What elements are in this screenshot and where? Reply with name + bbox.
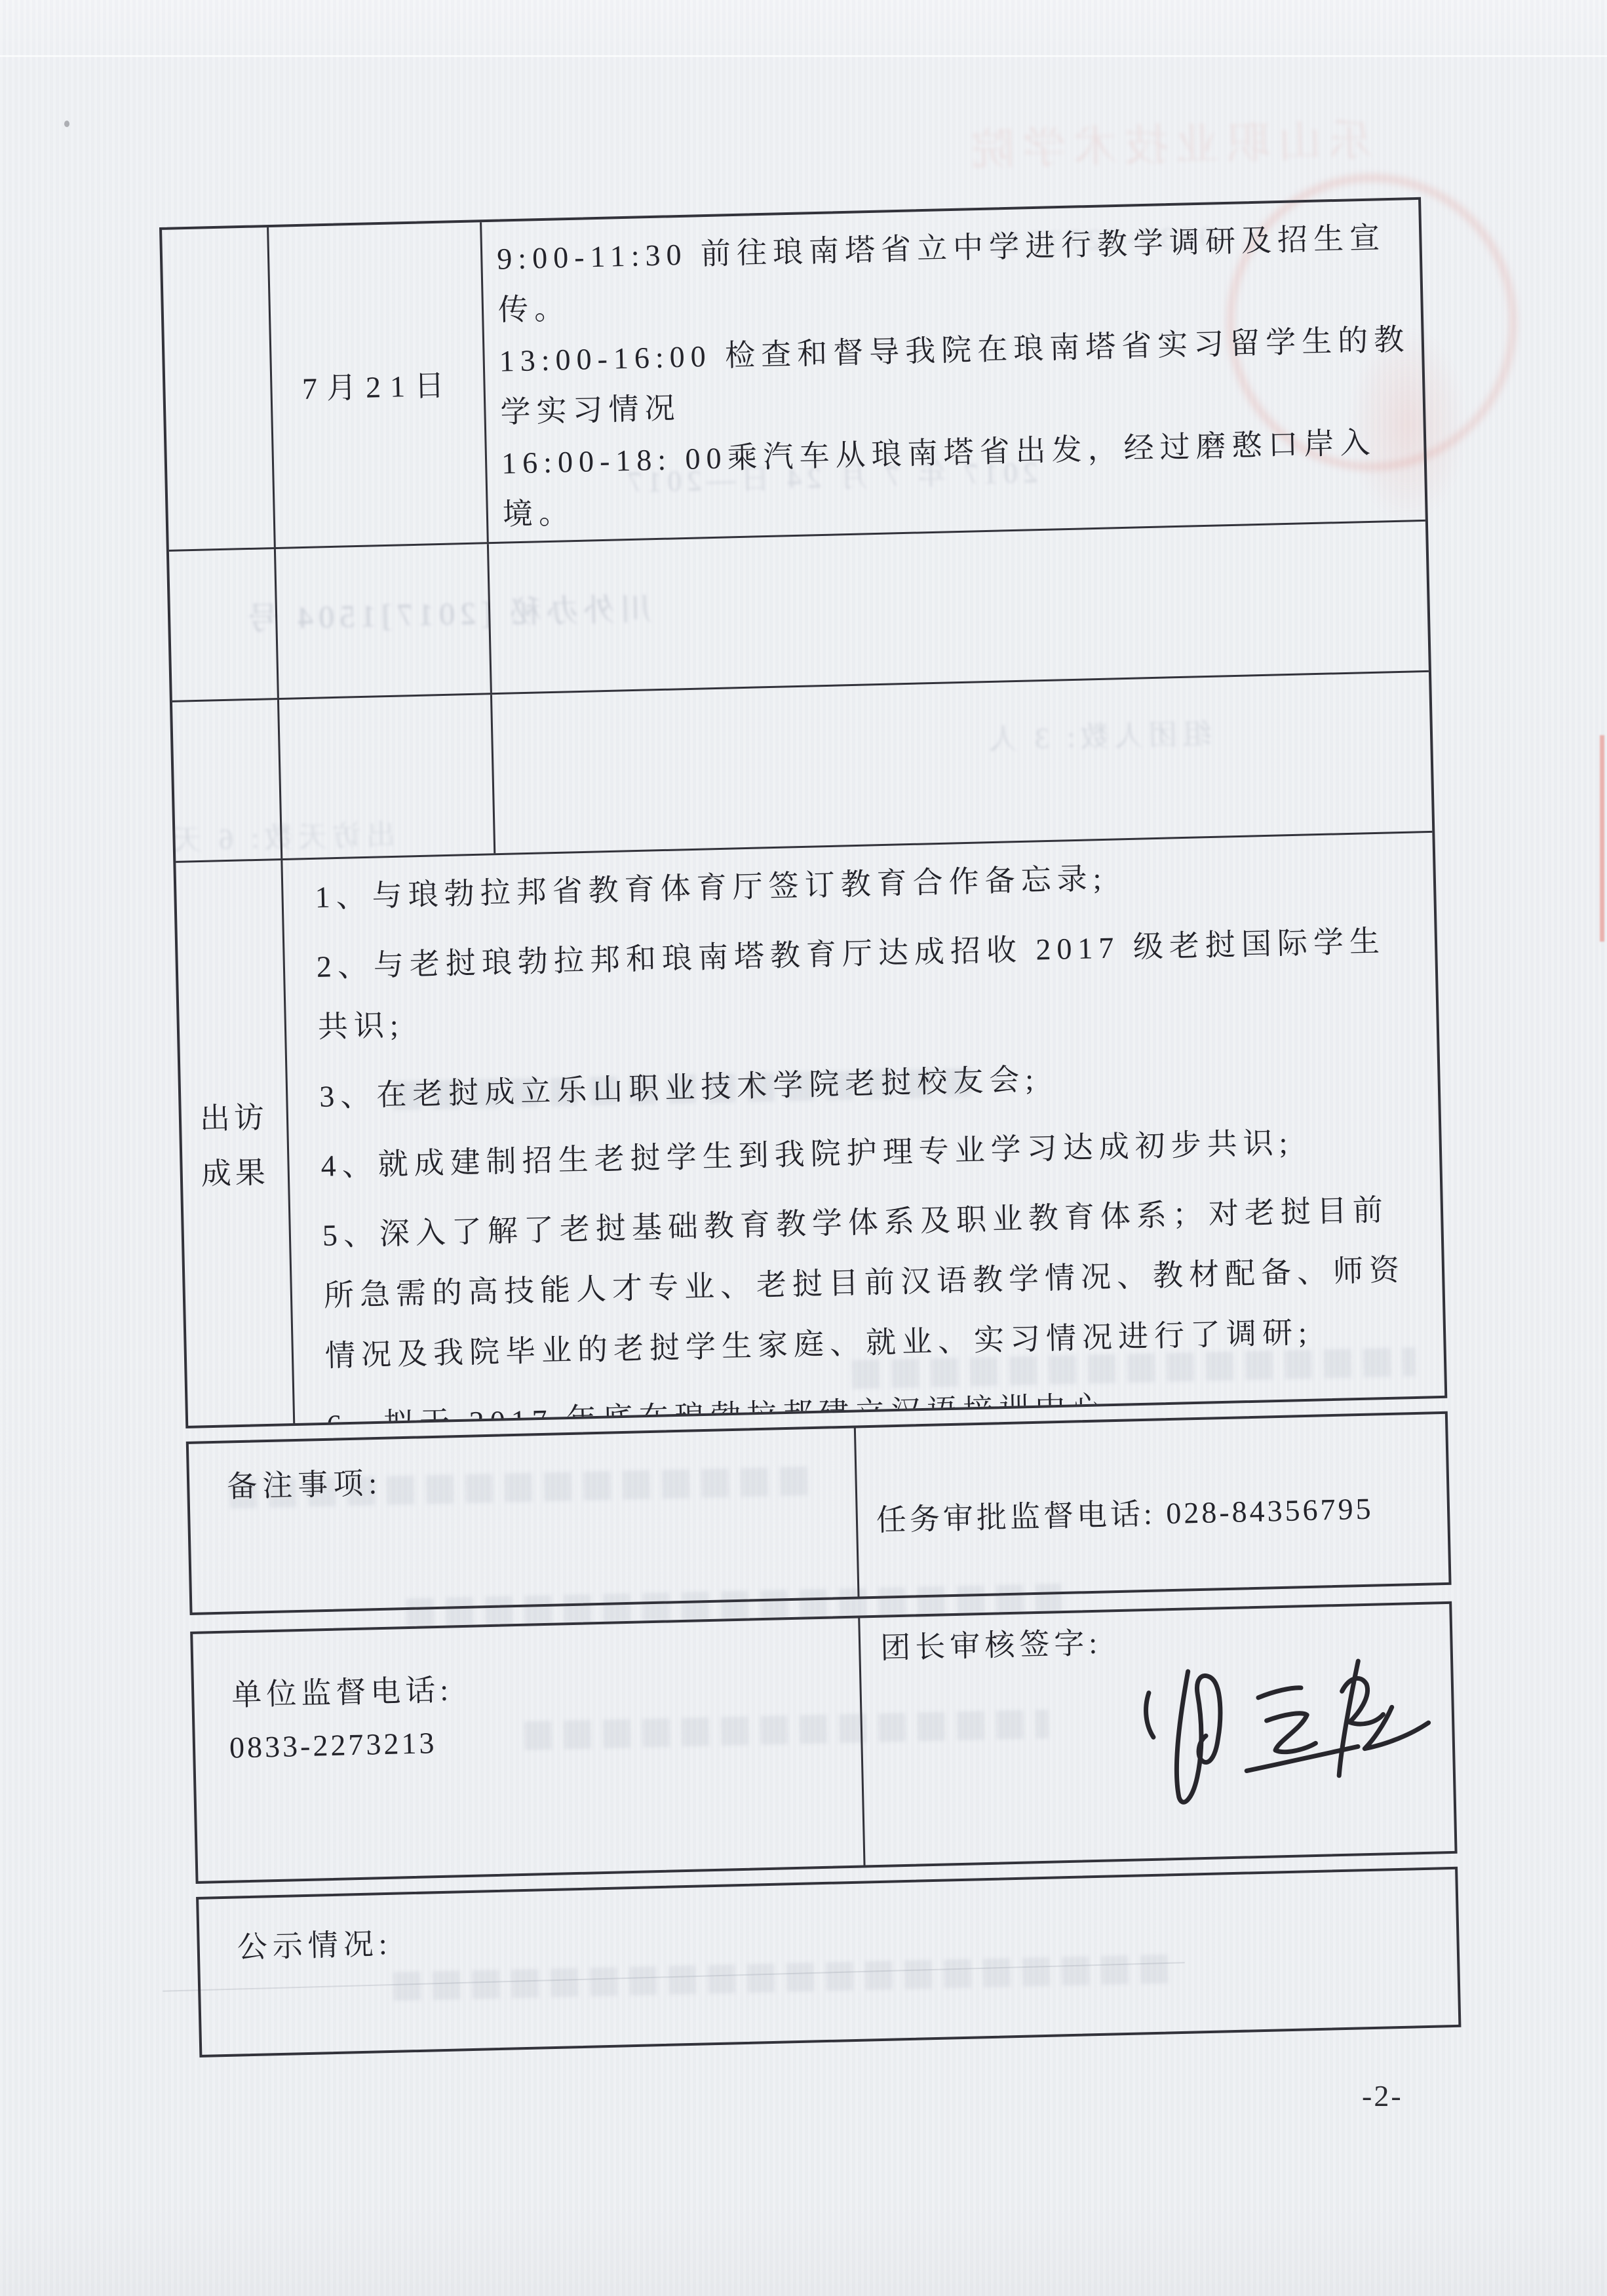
leader-sign-label: 团长审核签字: bbox=[880, 1619, 1102, 1668]
approval-phone-label: 任务审批监督电话: bbox=[876, 1497, 1155, 1537]
unit-phone-number: 0833-2273213 bbox=[229, 1725, 436, 1765]
column-divider bbox=[274, 549, 279, 698]
bleedthrough-red-letterhead: 乐山职业技术学院 bbox=[963, 105, 1373, 177]
approval-phone: 任务审批监督电话: 028-84356795 bbox=[876, 1485, 1374, 1540]
column-divider bbox=[277, 700, 282, 858]
date-cell: 7月21日 bbox=[269, 222, 487, 547]
scanned-page: { "document": { "kind": "scanned officia… bbox=[0, 0, 1607, 2296]
publicity-label: 公示情况: bbox=[237, 1920, 393, 1967]
column-divider bbox=[854, 1428, 860, 1596]
empty-row bbox=[172, 670, 1432, 861]
schedule-row: 7月21日 9:00-11:30 前往琅南塔省立中学进行教学调研及招生宣传。 1… bbox=[162, 200, 1425, 550]
column-divider bbox=[490, 695, 495, 853]
leader-signature bbox=[1127, 1644, 1440, 1830]
visit-results-label-line: 成果 bbox=[201, 1148, 269, 1193]
visit-results-row: 出访 成果 1、与琅勃拉邦省教育体育厅签订教育合作备忘录; 2、与老挝琅勃拉邦和… bbox=[176, 831, 1444, 1426]
column-divider bbox=[487, 544, 492, 693]
activity-line: 16:00-18: 00乘汽车从琅南塔省出发，经过磨憨口岸入境。 bbox=[501, 416, 1417, 540]
itinerary-table-block: 7月21日 9:00-11:30 前往琅南塔省立中学进行教学调研及招生宣传。 1… bbox=[159, 197, 1447, 1428]
page-number: -2- bbox=[1362, 2078, 1403, 2113]
visit-results-content-cell: 1、与琅勃拉邦省教育体育厅签订教育合作备忘录; 2、与老挝琅勃拉邦和琅南塔教育厅… bbox=[282, 833, 1444, 1423]
unit-signature-block: 单位监督电话: 0833-2273213 团长审核签字: bbox=[190, 1601, 1457, 1884]
page-edge-red-mark bbox=[1600, 735, 1604, 942]
result-item: 5、深入了解了老挝基础教育教学体系及职业教育体系；对老挝目前所急需的高技能人才专… bbox=[322, 1179, 1424, 1387]
unit-phone-label: 单位监督电话: bbox=[231, 1666, 454, 1714]
visit-report-table: 7月21日 9:00-11:30 前往琅南塔省立中学进行教学调研及招生宣传。 1… bbox=[159, 197, 1461, 2057]
approval-phone-number: 028-84356795 bbox=[1166, 1492, 1374, 1531]
visit-results-label-cell: 出访 成果 bbox=[176, 860, 293, 1426]
result-item: 2、与老挝琅勃拉邦和琅南塔教育厅达成招收 2017 级老挝国际学生共识; bbox=[316, 911, 1417, 1058]
ink-speck bbox=[64, 121, 69, 127]
paper-crease-top bbox=[0, 55, 1607, 57]
activities-cell: 9:00-11:30 前往琅南塔省立中学进行教学调研及招生宣传。 13:00-1… bbox=[482, 200, 1425, 542]
remarks-label: 备注事项: bbox=[227, 1459, 383, 1506]
visit-results-label-line: 出访 bbox=[199, 1093, 268, 1138]
column-divider bbox=[858, 1618, 865, 1865]
publicity-block: 公示情况: bbox=[196, 1867, 1461, 2057]
empty-row bbox=[169, 520, 1429, 700]
date-text: 7月21日 bbox=[301, 361, 454, 408]
remarks-block: 备注事项: 任务审批监督电话: 028-84356795 bbox=[186, 1411, 1452, 1615]
